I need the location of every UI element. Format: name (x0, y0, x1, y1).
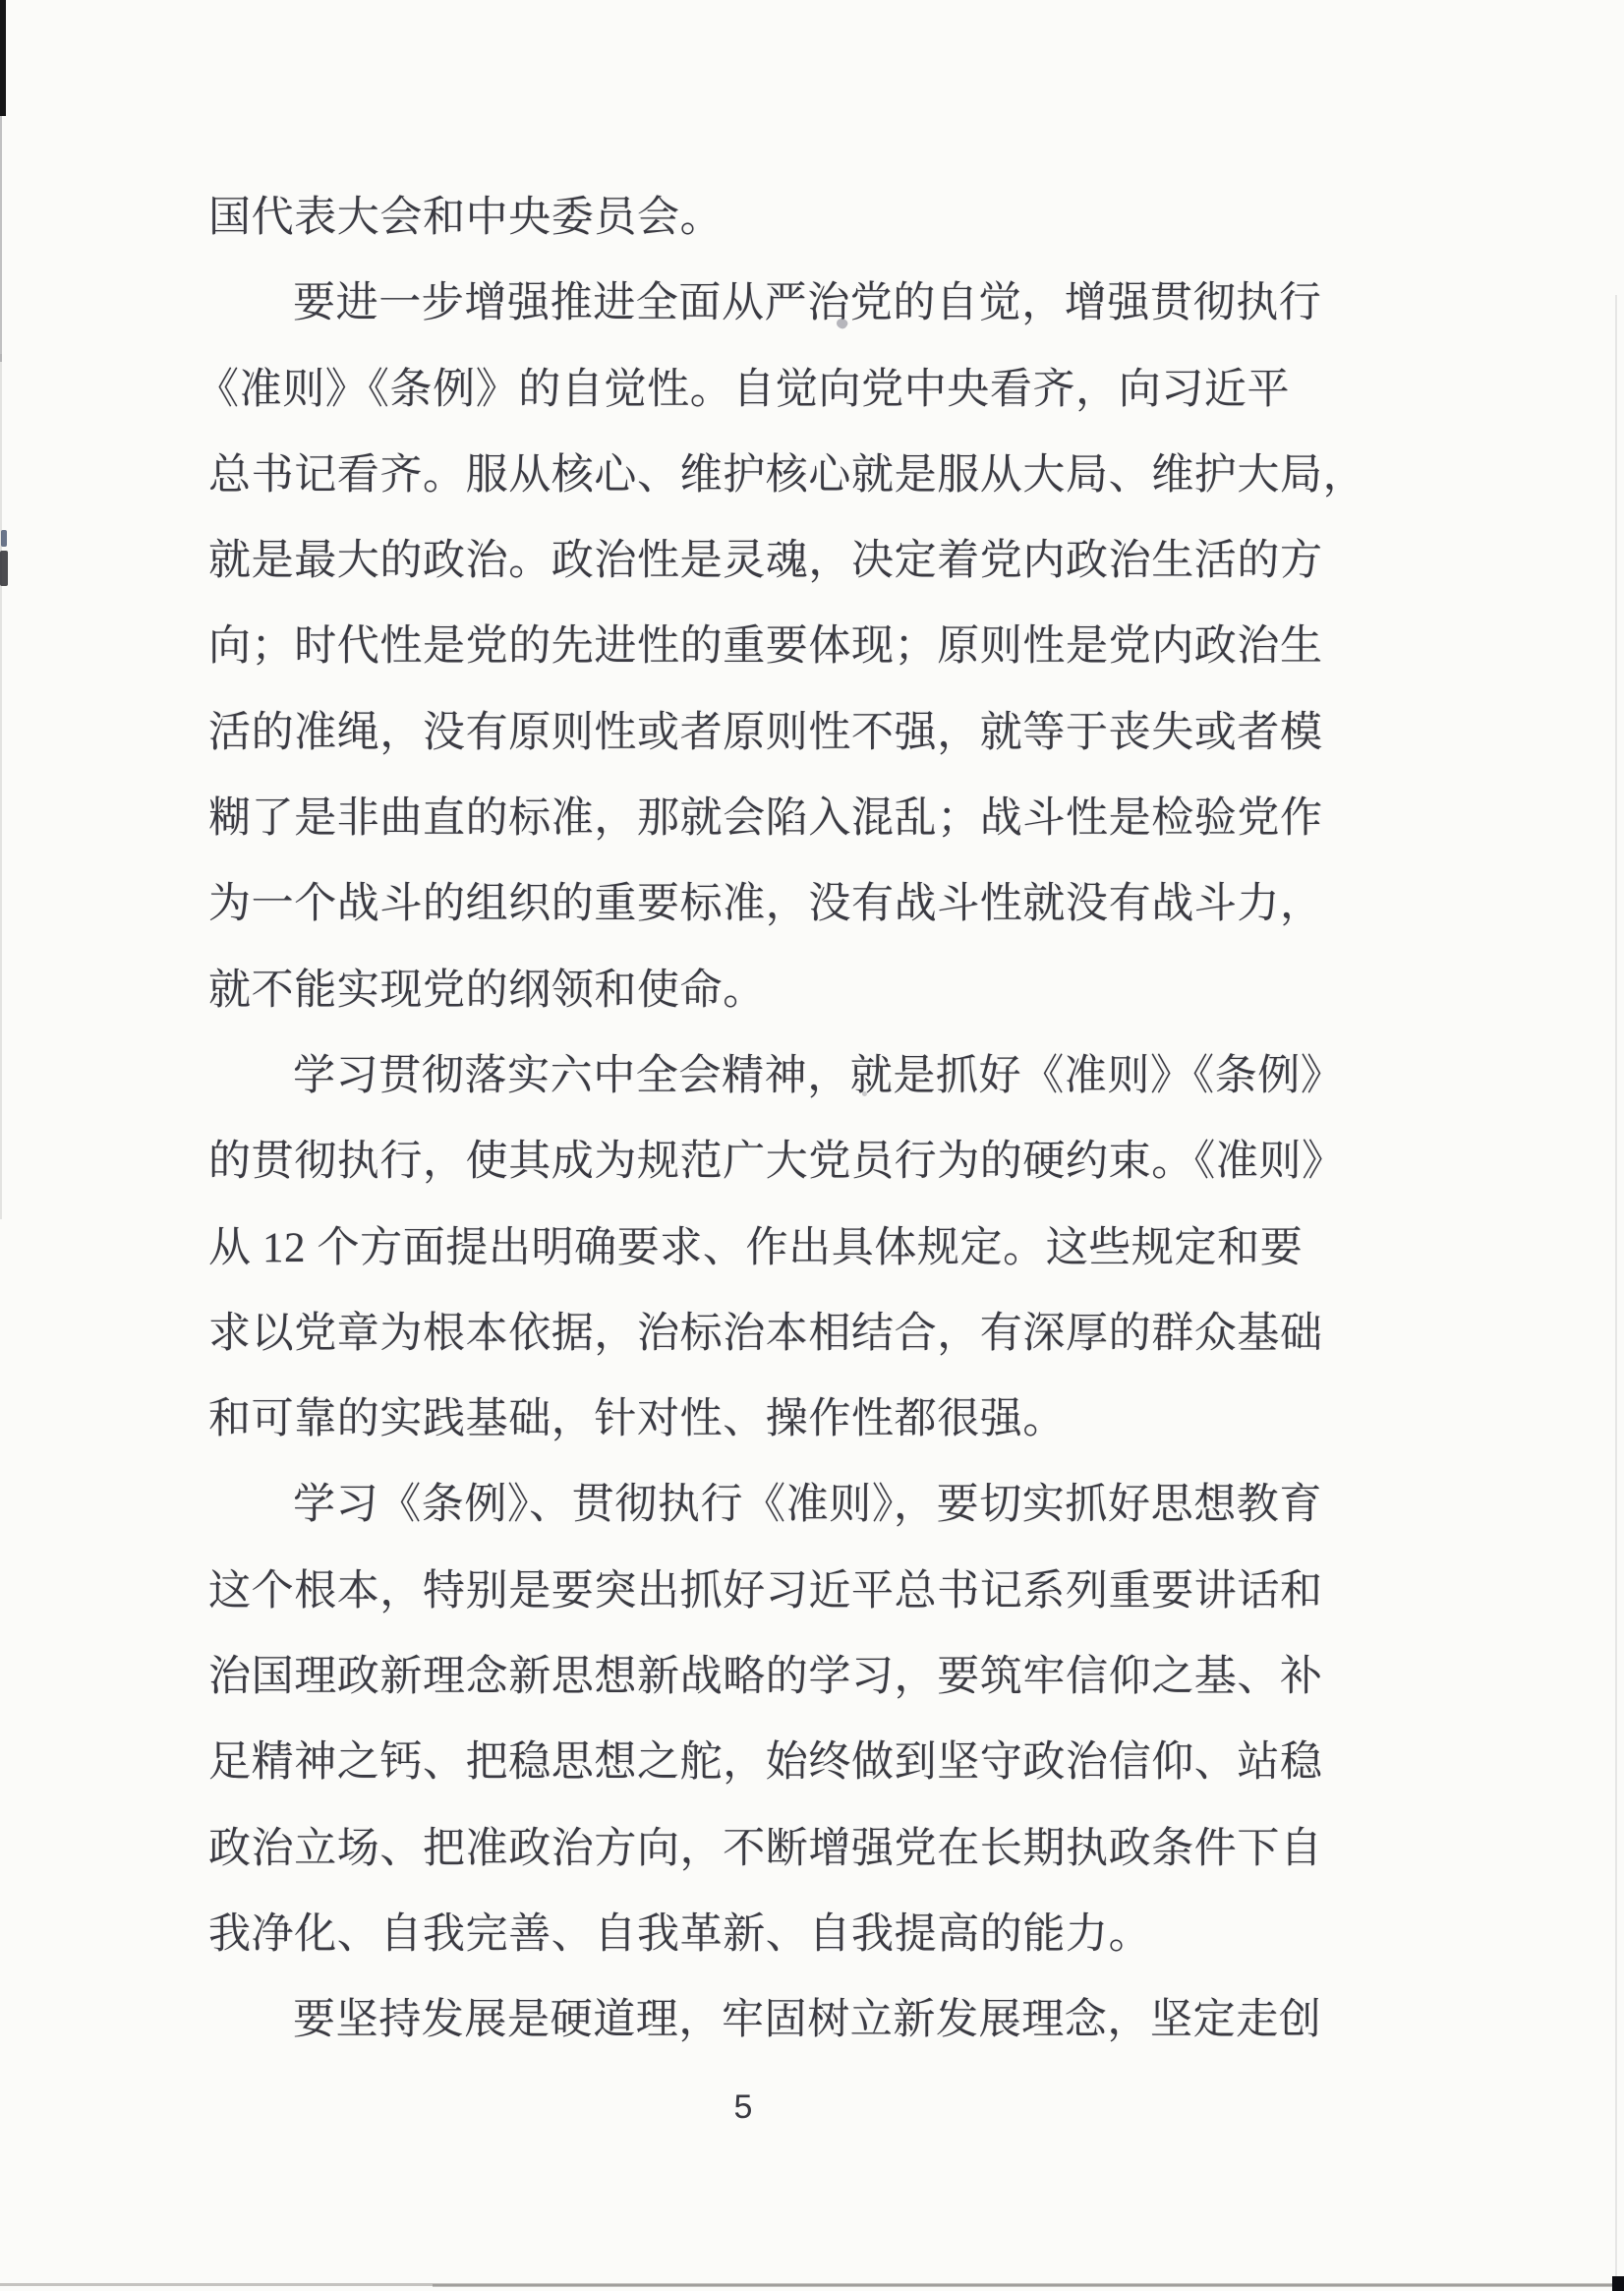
scan-artifact-left-stem (0, 116, 2, 362)
text-line-2: 要进一步增强推进全面从严治党的自觉，增强贯彻执行 (208, 261, 1388, 346)
scan-artifact-left-speck-dark (0, 551, 8, 586)
scan-artifact-bottom-edge-line-dark (433, 2284, 1624, 2287)
page-number: 5 (724, 2088, 763, 2127)
text-line-3: 《准则》《条例》的自觉性。自觉向党中央看齐，向习近平 (197, 347, 1388, 433)
text-line-22: 要坚持发展是硬道理，牢固树立新发展理念，坚定走创 (208, 1977, 1388, 2063)
text-line-19: 足精神之钙、把稳思想之舵，始终做到坚守政治信仰、站稳 (208, 1720, 1388, 1805)
text-line-12: 的贯彻执行，使其成为规范广大党员行为的硬约束。《准则》 (208, 1119, 1388, 1204)
text-line-9: 为一个战斗的组织的重要标准，没有战斗性就没有战斗力， (208, 861, 1388, 947)
scan-artifact-bottom-right-corner (1612, 2276, 1624, 2291)
text-line-17: 这个根本，特别是要突出抓好习近平总书记系列重要讲话和 (208, 1549, 1388, 1634)
document-body-text: 国代表大会和中央委员会。要进一步增强推进全面从严治党的自觉，增强贯彻执行《准则》… (208, 175, 1388, 2064)
scanned-page: 国代表大会和中央委员会。要进一步增强推进全面从严治党的自觉，增强贯彻执行《准则》… (0, 0, 1624, 2291)
text-line-8: 糊了是非曲直的标准，那就会陷入混乱；战斗性是检验党作 (208, 776, 1388, 861)
scan-artifact-right-edge-line (1615, 295, 1617, 2291)
text-line-18: 治国理政新理念新思想新战略的学习，要筑牢信仰之基、补 (208, 1634, 1388, 1720)
text-line-6: 向；时代性是党的先进性的重要体现；原则性是党内政治生 (208, 604, 1388, 689)
scan-artifact-small-dot (862, 1091, 867, 1096)
text-line-21: 我净化、自我完善、自我革新、自我提高的能力。 (208, 1892, 1388, 1977)
text-line-14: 求以党章为根本依据，治标治本相结合，有深厚的群众基础 (208, 1291, 1388, 1377)
text-line-13: 从 12 个方面提出明确要求、作出具体规定。这些规定和要 (208, 1205, 1388, 1291)
text-line-15: 和可靠的实践基础，针对性、操作性都很强。 (208, 1377, 1388, 1462)
scan-artifact-left-edge-line (0, 354, 2, 1219)
text-line-7: 活的准绳，没有原则性或者原则性不强，就等于丧失或者模 (208, 690, 1388, 776)
text-line-4: 总书记看齐。服从核心、维护核心就是服从大局、维护大局， (208, 433, 1388, 518)
scan-artifact-top-left-bar (0, 0, 6, 116)
text-line-5: 就是最大的政治。政治性是灵魂，决定着党内政治生活的方 (208, 518, 1388, 604)
text-line-11: 学习贯彻落实六中全会精神，就是抓好《准则》《条例》 (208, 1033, 1388, 1119)
text-line-20: 政治立场、把准政治方向，不断增强党在长期执政条件下自 (208, 1806, 1388, 1892)
text-line-1: 国代表大会和中央委员会。 (208, 175, 1388, 261)
text-line-10: 就不能实现党的纲领和使命。 (208, 948, 1388, 1033)
text-line-16: 学习《条例》、贯彻执行《准则》，要切实抓好思想教育 (208, 1462, 1388, 1548)
scan-artifact-left-speck-blue (1, 530, 7, 547)
